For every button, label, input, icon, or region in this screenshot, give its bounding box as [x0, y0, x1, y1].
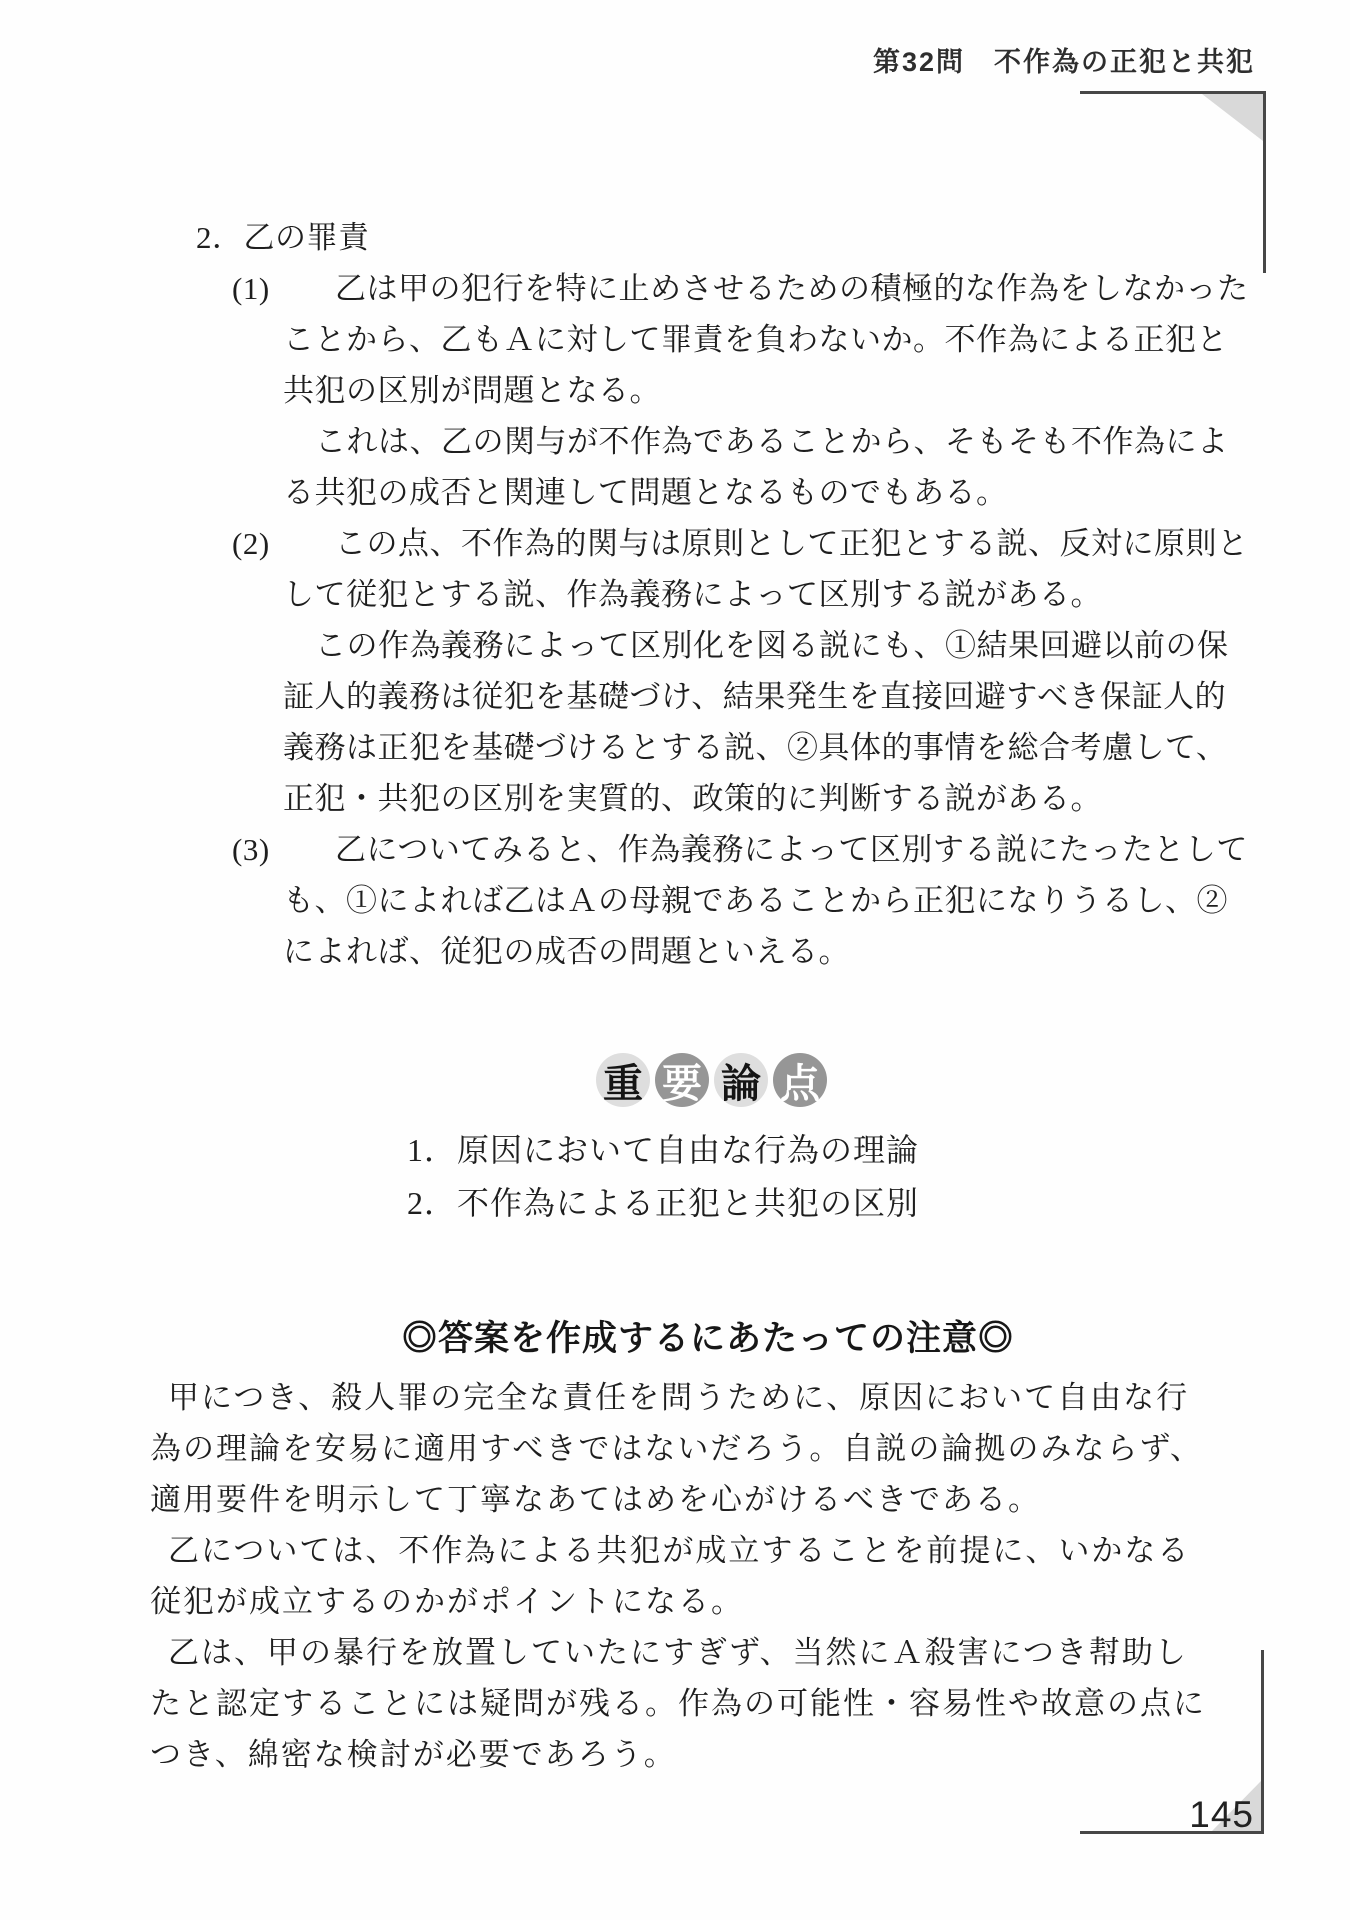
- text-line: 共犯の区別が問題となる。: [0, 365, 1350, 416]
- text-line: (1)乙は甲の犯行を特に止めさせるための積極的な作為をしなかった: [0, 263, 1350, 314]
- text-line: も、①によれば乙はＡの母親であることから正犯になりうるし、②: [0, 875, 1350, 926]
- top-corner-horizontal-rule: [1080, 91, 1266, 94]
- page-number: 145: [1098, 1794, 1254, 1836]
- badge-circle: 点: [773, 1053, 827, 1107]
- text-line: 義務は正犯を基礎づけるとする説、②具体的事情を総合考慮して、: [0, 722, 1350, 773]
- text-line: たと認定することには疑問が残る。作為の可能性・容易性や故意の点に: [0, 1678, 1350, 1729]
- item-marker: (2): [232, 518, 335, 569]
- body-lines: 2．乙の罪責(1)乙は甲の犯行を特に止めさせるための積極的な作為をしなかったこと…: [0, 212, 1350, 977]
- key-points-list: 1．原因において自由な行為の理論2．不作為による正犯と共犯の区別: [407, 1124, 919, 1230]
- text-line: 2．乙の罪責: [0, 212, 1350, 263]
- item-text: 乙は甲の犯行を特に止めさせるための積極的な作為をしなかった: [335, 271, 1249, 306]
- badge-circle: 要: [655, 1053, 709, 1107]
- item-marker: (1): [232, 263, 335, 314]
- badge-circle: 重: [596, 1053, 650, 1107]
- text-line: 乙については、不作為による共犯が成立することを前提に、いかなる: [0, 1525, 1350, 1576]
- item-text: この点、不作為的関与は原則として正犯とする説、反対に原則と: [335, 526, 1249, 561]
- notice-heading: ◎答案を作成するにあたっての注意◎: [402, 1311, 1014, 1361]
- text-line: 適用要件を明示して丁寧なあてはめを心がけるべきである。: [0, 1474, 1350, 1525]
- item-marker: (3): [232, 824, 335, 875]
- page-header: 第32問 不作為の正犯と共犯: [873, 40, 1255, 79]
- text-line: これは、乙の関与が不作為であることから、そもそも不作為によ: [0, 416, 1350, 467]
- key-point-item: 2．不作為による正犯と共犯の区別: [407, 1177, 919, 1230]
- text-line: つき、綿密な検討が必要であろう。: [0, 1729, 1350, 1780]
- text-line: 為の理論を安易に適用すべきではないだろう。自説の論拠のみならず、: [0, 1423, 1350, 1474]
- text-line: 正犯・共犯の区別を実質的、政策的に判断する説がある。: [0, 773, 1350, 824]
- key-point-item: 1．原因において自由な行為の理論: [407, 1124, 919, 1177]
- text-line: 甲につき、殺人罪の完全な責任を問うために、原因において自由な行: [0, 1372, 1350, 1423]
- text-line: 乙は、甲の暴行を放置していたにすぎず、当然にＡ殺害につき幇助し: [0, 1627, 1350, 1678]
- text-line: ことから、乙もＡに対して罪責を負わないか。不作為による正犯と: [0, 314, 1350, 365]
- text-line: 証人的義務は従犯を基礎づけ、結果発生を直接回避すべき保証人的: [0, 671, 1350, 722]
- text-line: によれば、従犯の成否の問題といえる。: [0, 926, 1350, 977]
- text-line: この作為義務によって区別化を図る説にも、①結果回避以前の保: [0, 620, 1350, 671]
- notice-lines: 甲につき、殺人罪の完全な責任を問うために、原因において自由な行為の理論を安易に適…: [0, 1372, 1350, 1780]
- item-text: 乙についてみると、作為義務によって区別する説にたったとして: [335, 832, 1248, 867]
- text-line: して従犯とする説、作為義務によって区別する説がある。: [0, 569, 1350, 620]
- text-line: (3)乙についてみると、作為義務によって区別する説にたったとして: [0, 824, 1350, 875]
- badge-circle: 論: [714, 1053, 768, 1107]
- text-line: る共犯の成否と関連して問題となるものでもある。: [0, 467, 1350, 518]
- text-line: 従犯が成立するのかがポイントになる。: [0, 1576, 1350, 1627]
- important-points-badge: 重要論点: [596, 1053, 827, 1107]
- text-line: (2)この点、不作為的関与は原則として正犯とする説、反対に原則と: [0, 518, 1350, 569]
- top-corner-triangle: [1202, 94, 1263, 141]
